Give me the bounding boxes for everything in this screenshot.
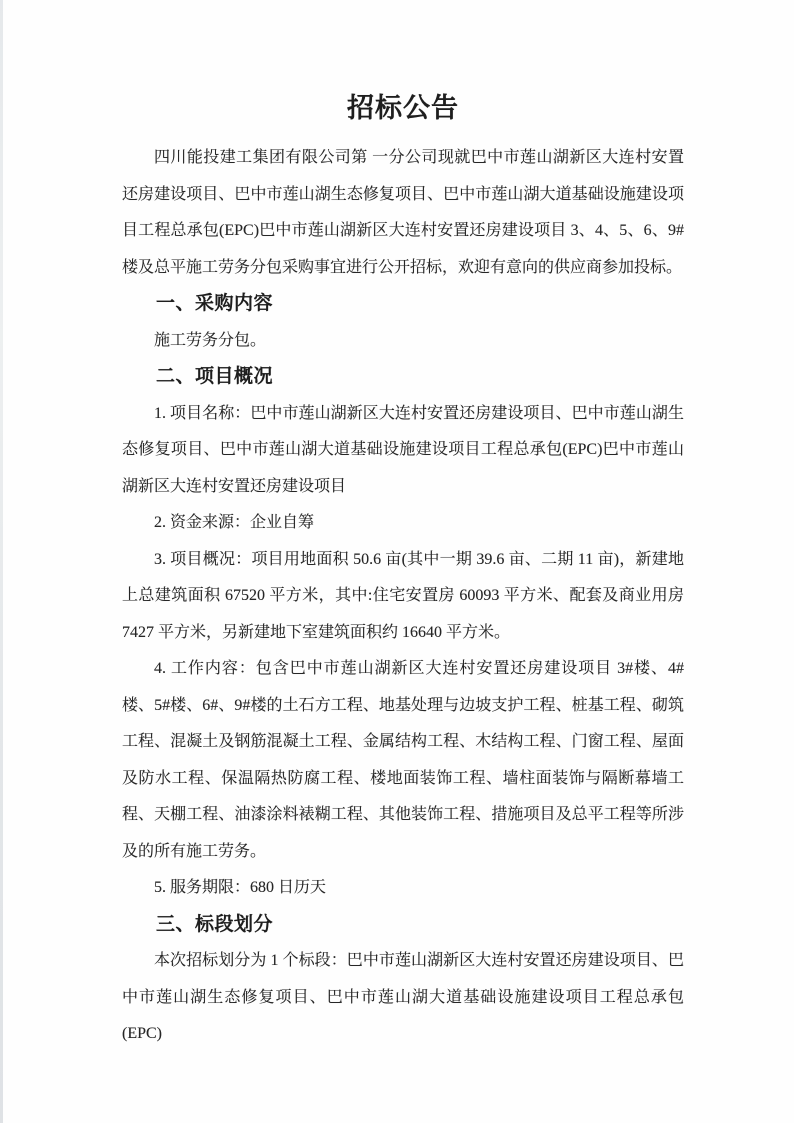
section-heading-project-overview: 二、项目概况 xyxy=(122,359,684,396)
section-heading-bid-sections: 三、标段划分 xyxy=(122,907,684,944)
page-title: 招标公告 xyxy=(122,88,684,128)
procurement-content-paragraph: 施工劳务分包。 xyxy=(122,323,684,360)
funding-source-paragraph: 2. 资金来源：企业自筹 xyxy=(122,505,684,542)
intro-paragraph: 四川能投建工集团有限公司第 一分公司现就巴中市莲山湖新区大连村安置还房建设项目、… xyxy=(122,140,684,286)
project-profile-paragraph: 3. 项目概况：项目用地面积 50.6 亩(其中一期 39.6 亩、二期 11 … xyxy=(122,542,684,652)
project-name-paragraph: 1. 项目名称：巴中市莲山湖新区大连村安置还房建设项目、巴中市莲山湖生态修复项目… xyxy=(122,396,684,506)
service-period-paragraph: 5. 服务期限：680 日历天 xyxy=(122,870,684,907)
document-page: 招标公告 四川能投建工集团有限公司第 一分公司现就巴中市莲山湖新区大连村安置还房… xyxy=(0,0,794,1123)
work-scope-paragraph: 4. 工作内容：包含巴中市莲山湖新区大连村安置还房建设项目 3#楼、4#楼、5#… xyxy=(122,651,684,870)
bid-section-paragraph: 本次招标划分为 1 个标段：巴中市莲山湖新区大连村安置还房建设项目、巴中市莲山湖… xyxy=(122,943,684,1053)
section-heading-procurement-content: 一、采购内容 xyxy=(122,286,684,323)
scanner-edge-artifact xyxy=(0,0,3,1123)
